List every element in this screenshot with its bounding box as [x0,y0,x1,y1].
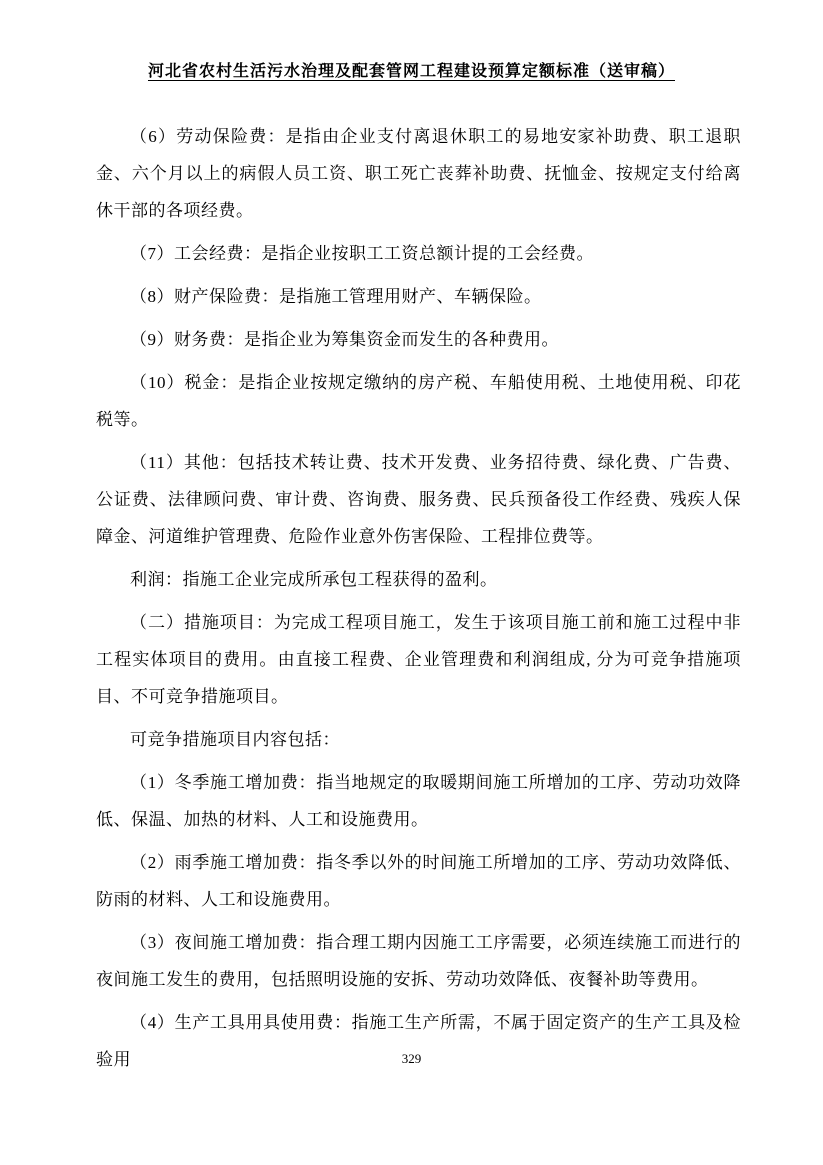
paragraph-intro-competitive: 可竞争措施项目内容包括： [96,721,741,758]
document-body: （6）劳动保险费：是指由企业支付离退休职工的易地安家补助费、职工退职金、六个月以… [0,84,823,1078]
paragraph-item-10: （10）税金：是指企业按规定缴纳的房产税、车船使用税、土地使用税、印花税等。 [96,364,741,438]
page-title: 河北省农村生活污水治理及配套管网工程建设预算定额标准（送审稿） [148,60,675,84]
paragraph-item-2: （2）雨季施工增加费：指冬季以外的时间施工所增加的工序、劳动功效降低、防雨的材料… [96,844,741,918]
paragraph-item-3: （3）夜间施工增加费：指合理工期内因施工工序需要，必须连续施工而进行的夜间施工发… [96,924,741,998]
paragraph-item-1: （1）冬季施工增加费：指当地规定的取暖期间施工所增加的工序、劳动功效降低、保温、… [96,764,741,838]
paragraph-profit: 利润：指施工企业完成所承包工程获得的盈利。 [96,561,741,598]
paragraph-item-8: （8）财产保险费：是指施工管理用财产、车辆保险。 [96,278,741,315]
document-header: 河北省农村生活污水治理及配套管网工程建设预算定额标准（送审稿） [0,0,823,84]
paragraph-item-6: （6）劳动保险费：是指由企业支付离退休职工的易地安家补助费、职工退职金、六个月以… [96,118,741,229]
paragraph-item-9: （9）财务费：是指企业为筹集资金而发生的各种费用。 [96,321,741,358]
document-page: 河北省农村生活污水治理及配套管网工程建设预算定额标准（送审稿） （6）劳动保险费… [0,0,823,1165]
paragraph-section-2: （二）措施项目：为完成工程项目施工，发生于该项目施工前和施工过程中非工程实体项目… [96,604,741,715]
paragraph-item-11: （11）其他：包括技术转让费、技术开发费、业务招待费、绿化费、广告费、公证费、法… [96,444,741,555]
page-number: 329 [0,1050,823,1068]
paragraph-item-7: （7）工会经费：是指企业按职工工资总额计提的工会经费。 [96,235,741,272]
